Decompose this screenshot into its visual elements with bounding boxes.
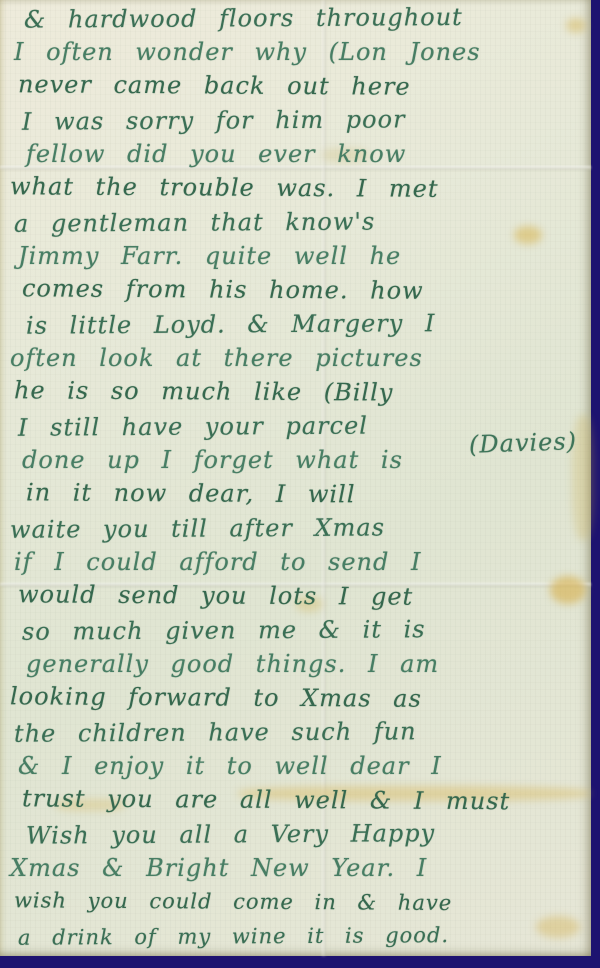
- letter-line: Xmas & Bright New Year. I: [10, 851, 587, 885]
- letter-line: trust you are all well & I must: [10, 781, 587, 819]
- letter-line: the children have such fun: [10, 713, 587, 751]
- letter-line: Wish you all a Very Happy: [10, 815, 587, 853]
- letter-line: looking forward to Xmas as: [10, 679, 587, 717]
- letter-line: Jimmy Farr. quite well he: [10, 239, 587, 273]
- letter-line: would send you lots I get: [10, 577, 587, 615]
- letter-line: so much given me & it is: [10, 611, 587, 649]
- letter-line: I was sorry for him poor: [10, 101, 587, 139]
- letter-line: wish you could come in & have: [10, 883, 587, 921]
- letter-line: if I could afford to send I: [10, 545, 587, 579]
- letter-line: never came back out here: [10, 67, 587, 105]
- letter-line: he is so much like (Billy: [10, 373, 587, 411]
- letter-line: fellow did you ever know: [10, 137, 587, 171]
- parenthetical-davies-note: (Davies): [469, 427, 578, 459]
- letter-paper: & hardwood floors throughoutI often wond…: [0, 0, 591, 956]
- letter-line: I often wonder why (Lon Jones: [10, 35, 587, 69]
- letter-lines: & hardwood floors throughoutI often wond…: [10, 1, 587, 953]
- letter-line: in it now dear, I will: [10, 475, 587, 513]
- letter-line: often look at there pictures: [10, 341, 587, 375]
- letter-line: & I enjoy it to well dear I: [10, 749, 587, 783]
- letter-line: what the trouble was. I met: [10, 169, 587, 207]
- letter-line: a gentleman that know's: [10, 203, 587, 241]
- letter-line: is little Loyd. & Margery I: [10, 305, 587, 343]
- letter-line: generally good things. I am: [10, 647, 587, 681]
- letter-line: comes from his home. how: [10, 271, 587, 309]
- letter-line: & hardwood floors throughout: [10, 0, 587, 37]
- scanned-letter-screenshot: & hardwood floors throughoutI often wond…: [0, 0, 600, 968]
- letter-line: a drink of my wine it is good.: [10, 917, 587, 955]
- letter-line: waite you till after Xmas: [10, 509, 587, 547]
